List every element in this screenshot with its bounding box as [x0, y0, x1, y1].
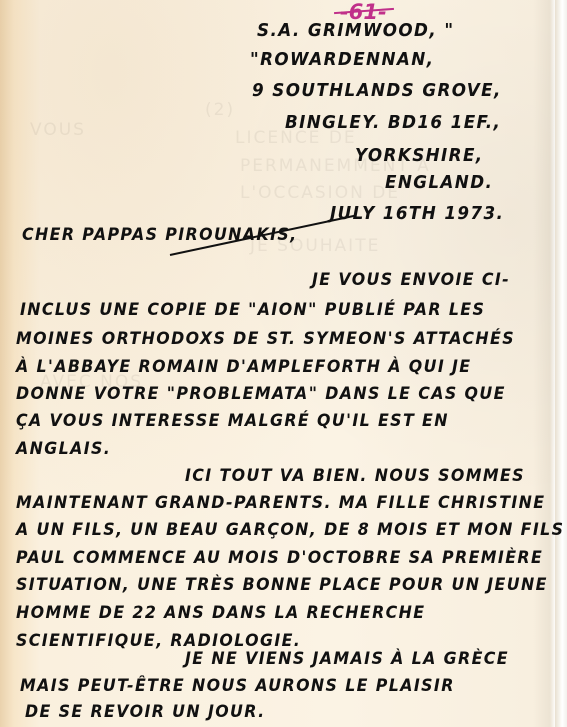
sender-street: 9 SOUTHLANDS GROVE, — [252, 80, 502, 101]
letter-page: (2) VOUS LICENCE DE PERMANEMMENT A L'OCC… — [0, 0, 567, 727]
sender-house: "ROWARDENNAN, — [250, 49, 434, 70]
body-line: DE SE REVOIR UN JOUR. — [25, 702, 266, 722]
body-line: À L'ABBAYE ROMAIN D'AMPLEFORTH À QUI JE — [16, 357, 471, 377]
body-line: PAUL COMMENCE AU MOIS D'OCTOBRE SA PREMI… — [16, 548, 543, 568]
paper-edge — [555, 0, 567, 727]
sender-town: BINGLEY. BD16 1EF., — [285, 112, 501, 133]
bleed-through-text: VOUS — [30, 120, 86, 140]
body-line: JE VOUS ENVOIE CI- — [312, 270, 510, 290]
bleed-through-text: (2) — [205, 100, 235, 120]
body-line: SCIENTIFIQUE, RADIOLOGIE. — [16, 631, 301, 651]
letter-date: JULY 16th 1973. — [330, 203, 504, 224]
body-line: A UN FILS, UN BEAU GARÇON, DE 8 MOIS ET … — [16, 520, 564, 540]
sender-name: S.A. GRIMWOOD, " — [257, 20, 454, 41]
body-line: JE NE VIENS JAMAIS À LA GRÈCE — [185, 649, 509, 669]
body-line: ICI TOUT VA BIEN. NOUS SOMMES — [185, 466, 525, 486]
body-line: MOINES ORTHODOXS DE ST. SYMEON'S ATTACHÉ… — [16, 329, 515, 349]
body-line: ANGLAIS. — [16, 439, 111, 459]
body-line: SITUATION, UNE TRÈS BONNE PLACE POUR UN … — [16, 575, 548, 595]
sender-county: YORKSHIRE, — [355, 145, 484, 166]
body-line: MAIS PEUT-ÊTRE NOUS AURONS LE PLAISIR — [20, 676, 455, 696]
body-line: INCLUS UNE COPIE DE "AION" PUBLIÉ PAR LE… — [20, 300, 485, 320]
body-line: MAINTENANT GRAND-PARENTS. MA FILLE CHRIS… — [16, 493, 545, 513]
body-line: ÇA VOUS INTERESSE MALGRÉ QU'IL EST EN — [16, 411, 449, 431]
body-line: DONNE VOTRE "PROBLEMATA" DANS LE CAS QUE — [16, 384, 506, 404]
bleed-through-text: L'OCCASION DE — [240, 183, 400, 203]
sender-country: ENGLAND. — [385, 172, 493, 193]
body-line: HOMME DE 22 ANS DANS LA RECHERCHE — [16, 603, 425, 623]
